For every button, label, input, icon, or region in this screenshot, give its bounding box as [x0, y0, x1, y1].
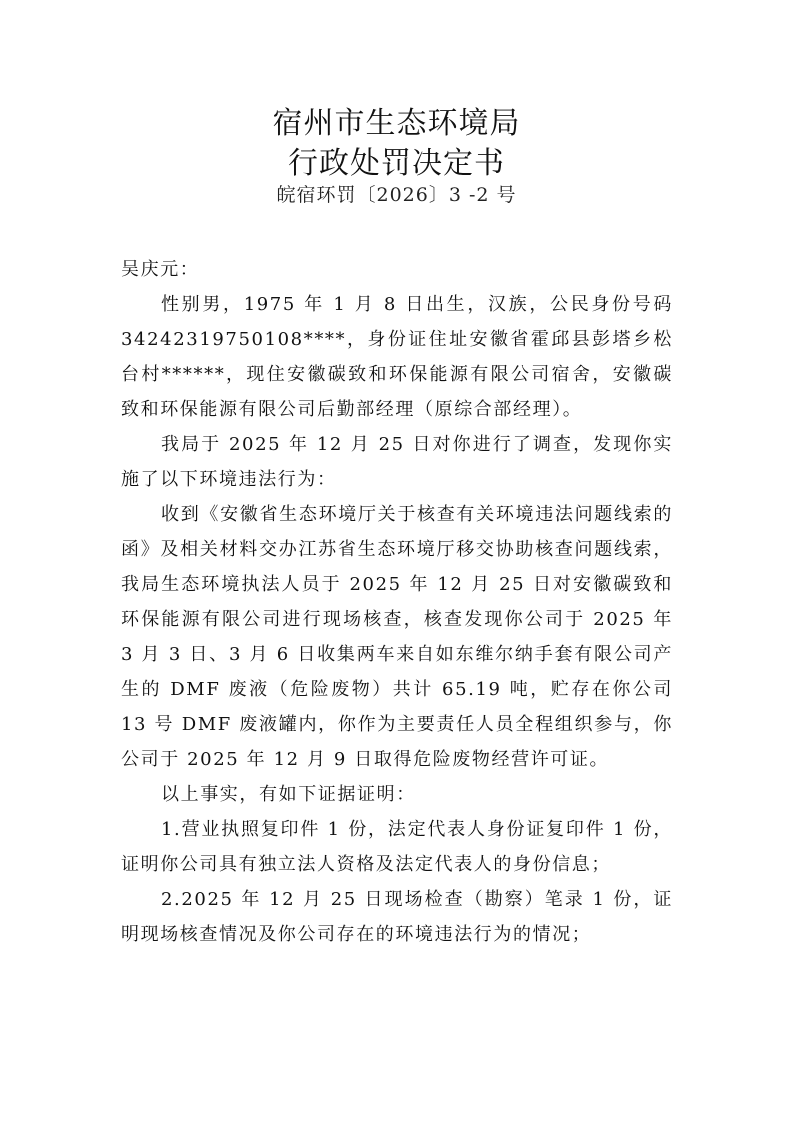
document-page: 宿州市生态环境局 行政处罚决定书 皖宿环罚〔2026〕3 -2 号 吴庆元： 性…: [0, 0, 793, 1122]
agency-title: 宿州市生态环境局: [0, 98, 793, 142]
document-number: 皖宿环罚〔2026〕3 -2 号: [0, 180, 793, 207]
paragraph-personal-info: 性别男，1975 年 1 月 8 日出生，汉族，公民身份号码 342423197…: [121, 287, 673, 427]
paragraph-evidence-2: 2.2025 年 12 月 25 日现场检查（勘察）笔录 1 份，证明现场核查情…: [121, 882, 673, 952]
paragraph-evidence-intro: 以上事实，有如下证据证明：: [121, 777, 673, 812]
paragraph-violation-facts: 收到《安徽省生态环境厅关于核查有关环境违法问题线索的函》及相关材料交办江苏省生态…: [121, 497, 673, 777]
paragraph-evidence-1: 1.营业执照复印件 1 份，法定代表人身份证复印件 1 份，证明你公司具有独立法…: [121, 812, 673, 882]
salutation: 吴庆元：: [121, 252, 673, 287]
paragraph-investigation: 我局于 2025 年 12 月 25 日对你进行了调查，发现你实施了以下环境违法…: [121, 427, 673, 497]
document-title: 行政处罚决定书: [0, 138, 793, 182]
document-body: 吴庆元： 性别男，1975 年 1 月 8 日出生，汉族，公民身份号码 3424…: [121, 252, 673, 952]
